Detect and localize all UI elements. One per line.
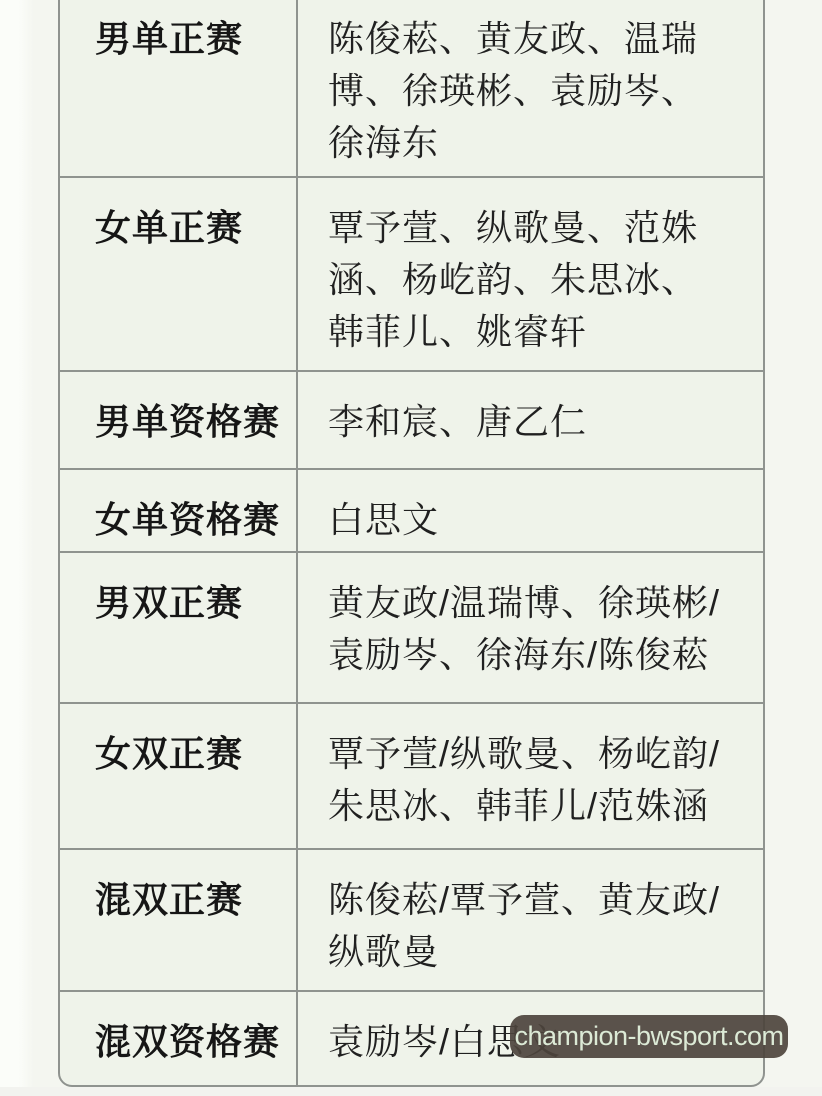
player-names-cell: 陈俊菘/覃予萱、黄友政/纵歌曼 <box>298 850 763 990</box>
watermark-text: champion-bwsport.com <box>514 1021 783 1052</box>
event-category-cell: 女双正赛 <box>60 704 298 848</box>
table-row: 男单资格赛 李和宸、唐乙仁 <box>60 370 763 468</box>
table-row: 女单资格赛 白思文 <box>60 468 763 551</box>
page-left-margin <box>0 0 34 1096</box>
player-names-cell: 覃予萱/纵歌曼、杨屹韵/朱思冰、韩菲儿/范姝涵 <box>298 704 763 848</box>
table-row: 混双正赛 陈俊菘/覃予萱、黄友政/纵歌曼 <box>60 848 763 990</box>
player-roster-table: 男单正赛 陈俊菘、黄友政、温瑞博、徐瑛彬、袁励岑、徐海东 女单正赛 覃予萱、纵歌… <box>58 0 765 1087</box>
player-names-cell: 覃予萱、纵歌曼、范姝涵、杨屹韵、朱思冰、韩菲儿、姚睿轩 <box>298 178 763 370</box>
player-names-cell: 白思文 <box>298 470 763 551</box>
event-category-cell: 混双资格赛 <box>60 992 298 1085</box>
event-category-cell: 男单正赛 <box>60 0 298 176</box>
player-names-cell: 陈俊菘、黄友政、温瑞博、徐瑛彬、袁励岑、徐海东 <box>298 0 763 176</box>
table-row: 女双正赛 覃予萱/纵歌曼、杨屹韵/朱思冰、韩菲儿/范姝涵 <box>60 702 763 848</box>
watermark-badge: champion-bwsport.com <box>510 1015 788 1058</box>
player-names-cell: 李和宸、唐乙仁 <box>298 372 763 468</box>
table-row: 男双正赛 黄友政/温瑞博、徐瑛彬/袁励岑、徐海东/陈俊菘 <box>60 551 763 702</box>
player-names-cell: 黄友政/温瑞博、徐瑛彬/袁励岑、徐海东/陈俊菘 <box>298 553 763 702</box>
event-category-cell: 女单资格赛 <box>60 470 298 551</box>
table-row: 男单正赛 陈俊菘、黄友政、温瑞博、徐瑛彬、袁励岑、徐海东 <box>60 0 763 176</box>
event-category-cell: 男单资格赛 <box>60 372 298 468</box>
event-category-cell: 男双正赛 <box>60 553 298 702</box>
table-row: 女单正赛 覃予萱、纵歌曼、范姝涵、杨屹韵、朱思冰、韩菲儿、姚睿轩 <box>60 176 763 370</box>
page-bottom-margin <box>0 1087 822 1096</box>
event-category-cell: 混双正赛 <box>60 850 298 990</box>
event-category-cell: 女单正赛 <box>60 178 298 370</box>
